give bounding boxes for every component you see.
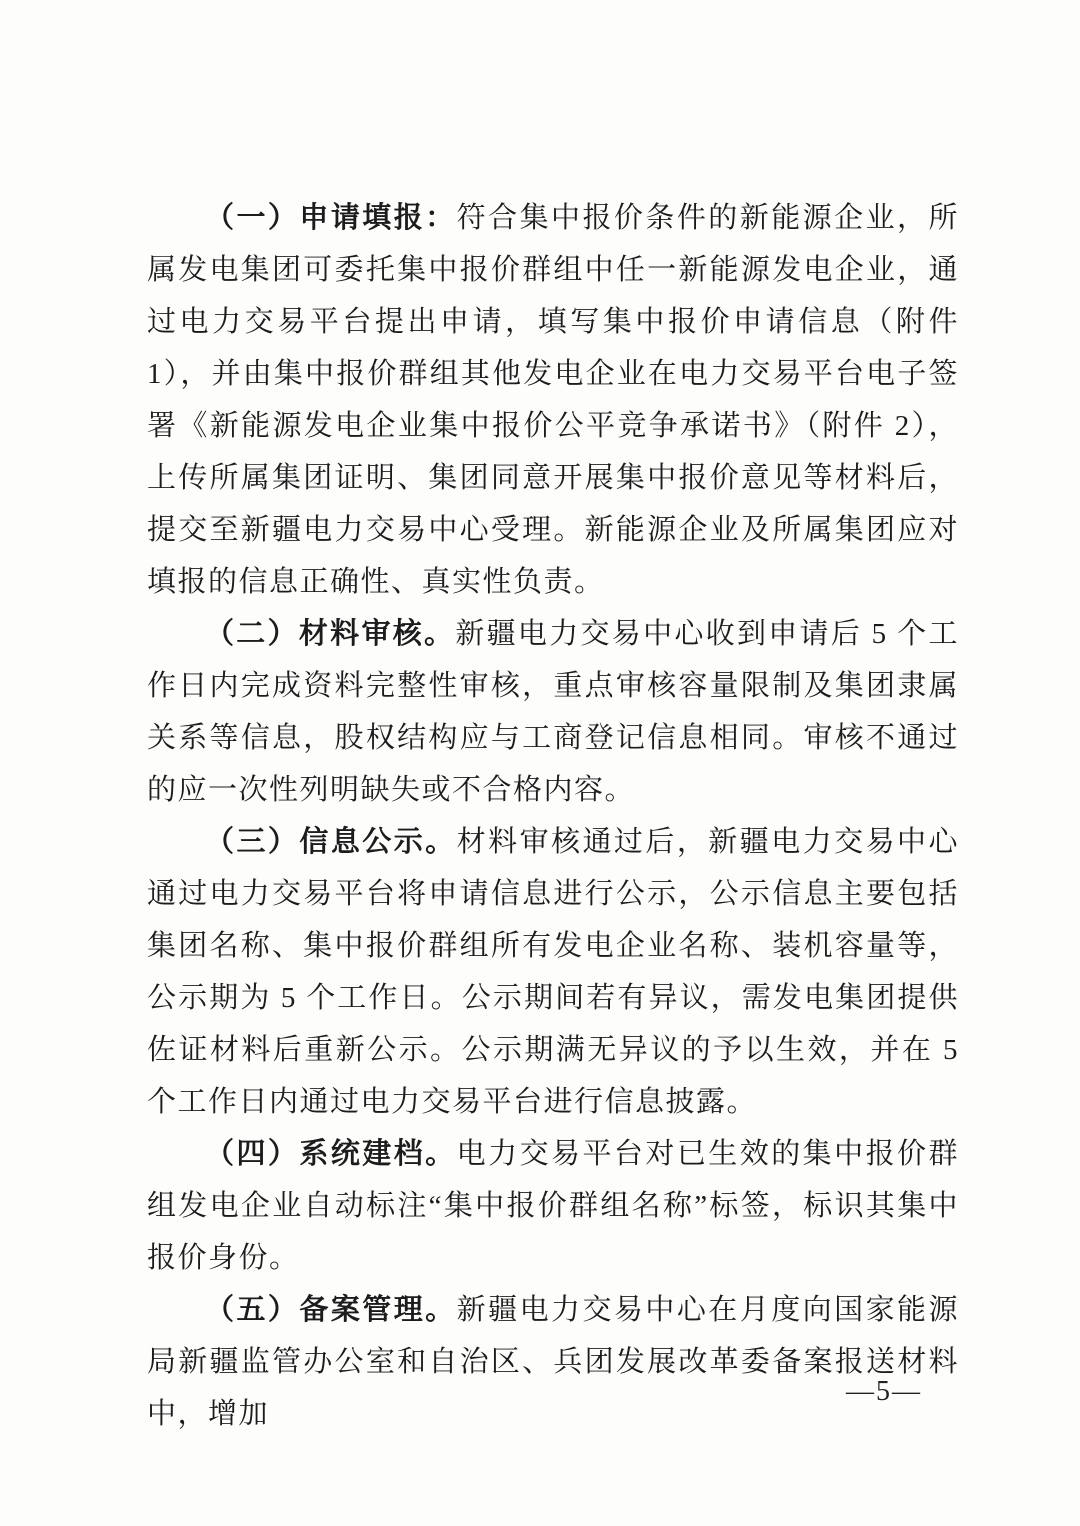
paragraph-clause-3: （三）信息公示。材料审核通过后，新疆电力交易中心通过电力交易平台将申请信息进行公…	[147, 816, 959, 1128]
paragraph-clause-1: （一）申请填报：符合集中报价条件的新能源企业，所属发电集团可委托集中报价群组中任…	[147, 192, 959, 608]
clause-1-body: 符合集中报价条件的新能源企业，所属发电集团可委托集中报价群组中任一新能源发电企业…	[147, 202, 959, 598]
clause-3-body: 材料审核通过后，新疆电力交易中心通过电力交易平台将申请信息进行公示，公示信息主要…	[147, 826, 959, 1118]
paragraph-clause-5: （五）备案管理。新疆电力交易中心在月度向国家能源局新疆监管办公室和自治区、兵团发…	[147, 1284, 959, 1440]
document-page: （一）申请填报：符合集中报价条件的新能源企业，所属发电集团可委托集中报价群组中任…	[0, 0, 1080, 1526]
clause-3-heading: （三）信息公示。	[205, 826, 457, 858]
clause-1-heading: （一）申请填报：	[205, 202, 457, 234]
clause-4-heading: （四）系统建档。	[205, 1138, 457, 1170]
clause-2-heading: （二）材料审核。	[205, 618, 455, 650]
paragraph-clause-2: （二）材料审核。新疆电力交易中心收到申请后 5 个工作日内完成资料完整性审核，重…	[147, 608, 959, 816]
text-block: （一）申请填报：符合集中报价条件的新能源企业，所属发电集团可委托集中报价群组中任…	[147, 192, 959, 1440]
clause-5-heading: （五）备案管理。	[205, 1294, 457, 1326]
page-number: —5—	[846, 1376, 922, 1408]
paragraph-clause-4: （四）系统建档。电力交易平台对已生效的集中报价群组发电企业自动标注“集中报价群组…	[147, 1128, 959, 1284]
